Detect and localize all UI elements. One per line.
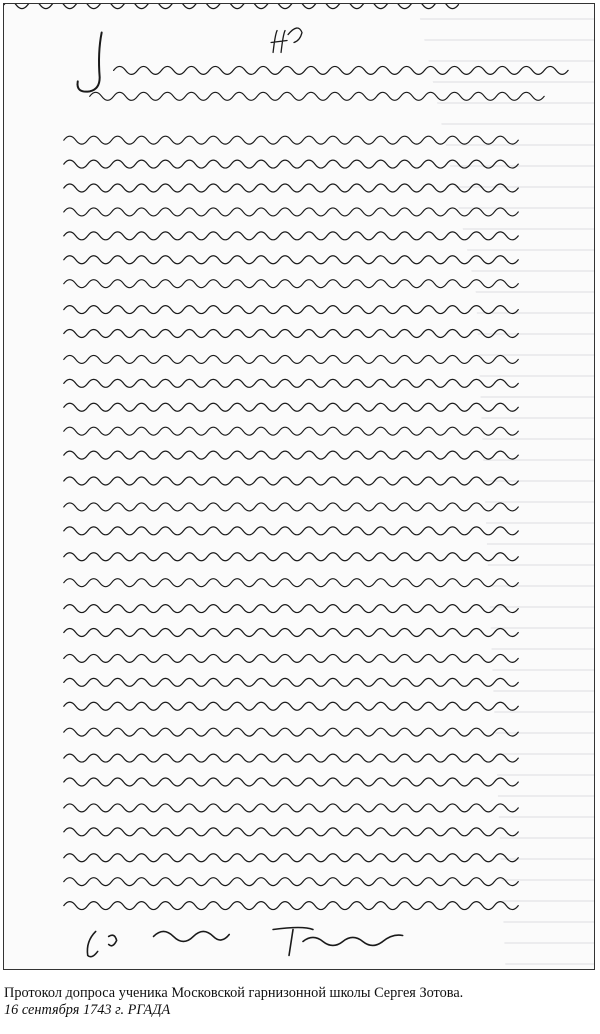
handwriting-strokes bbox=[4, 4, 594, 969]
manuscript-frame bbox=[3, 3, 595, 970]
handwritten-manuscript bbox=[4, 4, 594, 969]
caption-date-source: 16 сентября 1743 г. РГАДА bbox=[4, 1002, 596, 1019]
caption-title: Протокол допроса ученика Московской гарн… bbox=[4, 985, 596, 1002]
figure-caption: Протокол допроса ученика Московской гарн… bbox=[4, 985, 596, 1019]
